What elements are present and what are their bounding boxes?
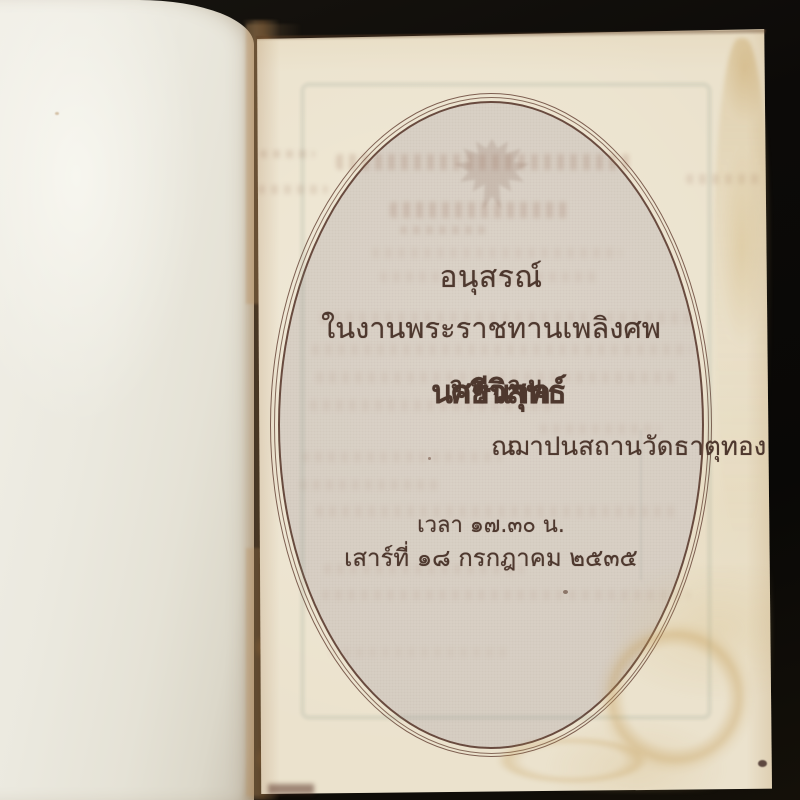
date-line: เสาร์ที่ ๑๘ กรกฎาคม ๒๕๓๕ <box>270 544 712 573</box>
occasion-line: ในงานพระราชทานเพลิงศพ <box>270 311 712 346</box>
book-photo-scene: อนุสรณ์ ในงานพระราชทานเพลิงศพ นายนาค ศรี… <box>0 0 800 800</box>
venue-name: ฌาปนสถานวัดธาตุทอง <box>507 432 766 463</box>
dark-speck <box>758 760 767 767</box>
bottom-edge-smudge <box>268 784 314 794</box>
memorial-title: อนุสรณ์ <box>270 260 712 296</box>
deceased-honors: จ.ช., จ.ม. <box>450 373 550 398</box>
time-line: เวลา ๑๗.๓๐ น. <box>270 513 712 539</box>
memorial-text-block: อนุสรณ์ ในงานพระราชทานเพลิงศพ นายนาค ศรี… <box>270 93 712 757</box>
